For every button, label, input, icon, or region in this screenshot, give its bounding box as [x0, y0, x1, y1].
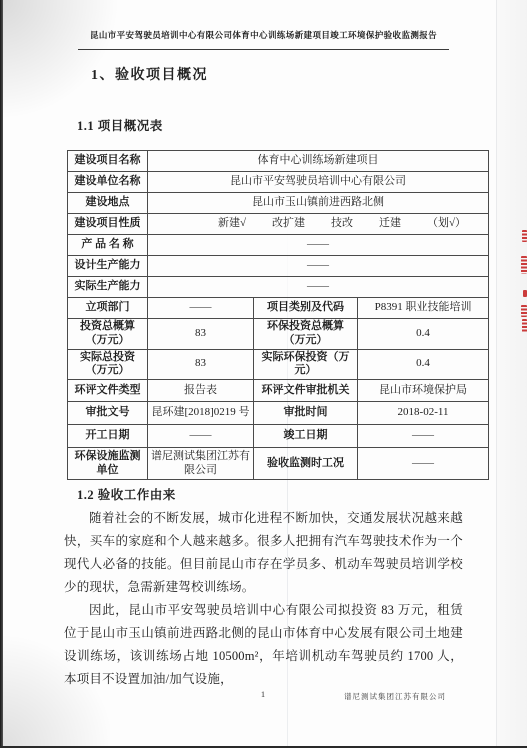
- section-1-title: 1、验收项目概况: [91, 64, 208, 84]
- red-stamp-fragment: [522, 319, 527, 333]
- paper-edge-line: [496, 0, 497, 748]
- red-stamp-fragment: [522, 230, 527, 242]
- row-label: 投资总概算（万元）: [68, 319, 148, 350]
- row-label: 项目类别及代码: [254, 298, 358, 319]
- row-value: 昆山市平安驾驶员培训中心有限公司: [148, 172, 489, 193]
- nature-option: 迁建: [379, 217, 401, 231]
- row-value: ——: [148, 256, 489, 277]
- row-label: 实际总投资（万元）: [68, 349, 148, 380]
- row-label: 验收监测时工况: [254, 448, 358, 480]
- nature-option: 改扩建: [272, 217, 305, 231]
- row-value: 体育中心训练场新建项目: [148, 151, 489, 172]
- row-value: ——: [148, 235, 489, 256]
- table-row: 产 品 名 称——: [68, 235, 489, 256]
- table-row: 实际生产能力——: [68, 277, 489, 298]
- row-label: 环保设施监测单位: [68, 448, 148, 480]
- footer-company: 谱尼测试集团江苏有限公司: [344, 691, 446, 702]
- table-row: 设计生产能力——: [68, 256, 489, 277]
- row-value: 0.4: [358, 349, 489, 380]
- row-value: 2018-02-11: [358, 402, 489, 425]
- row-value: 昆环建[2018]0219 号: [148, 402, 254, 425]
- row-label: 环评文件审批机关: [254, 380, 358, 402]
- row-value: 昆山市环境保护局: [358, 380, 489, 402]
- section-1-2-title: 1.2 验收工作由来: [77, 485, 176, 503]
- row-label: 立项部门: [68, 298, 148, 319]
- nature-option: 技改: [331, 217, 353, 231]
- row-label: 实际生产能力: [68, 277, 148, 298]
- paragraph-1: 随着社会的不断发展，城市化进程不断加快，交通发展状况越来越快，买车的家庭和个人越…: [64, 507, 463, 599]
- project-overview-table: 建设项目名称体育中心训练场新建项目建设单位名称昆山市平安驾驶员培训中心有限公司建…: [67, 150, 489, 480]
- row-label: 建设项目性质: [68, 214, 148, 235]
- row-label: 建设地点: [68, 193, 148, 214]
- page-number: 1: [245, 689, 281, 699]
- section-1-1-title: 1.1 项目概况表: [77, 116, 163, 134]
- red-stamp-fragment: [521, 256, 527, 274]
- row-value: 83: [148, 349, 254, 380]
- table-row: 环保设施监测单位谱尼测试集团江苏有限公司验收监测时工况——: [68, 448, 489, 480]
- row-label: 产 品 名 称: [68, 235, 148, 256]
- row-label: 环保投资总概算（万元）: [254, 319, 358, 350]
- row-label: 审批时间: [254, 402, 358, 425]
- scanned-document-page: 昆山市平安驾驶员培训中心有限公司体育中心训练场新建项目竣工环境保护验收监测报告 …: [0, 0, 527, 748]
- table-row: 建设项目名称体育中心训练场新建项目: [68, 151, 489, 172]
- row-label: 设计生产能力: [68, 256, 148, 277]
- row-value: 新建√改扩建技改迁建（划√）: [148, 214, 489, 235]
- row-label: 建设项目名称: [68, 151, 148, 172]
- table-row: 环评文件类型报告表环评文件审批机关昆山市环境保护局: [68, 380, 489, 402]
- row-value: 谱尼测试集团江苏有限公司: [148, 448, 254, 480]
- project-overview-table-body: 建设项目名称体育中心训练场新建项目建设单位名称昆山市平安驾驶员培训中心有限公司建…: [68, 151, 489, 480]
- row-value: 昆山市玉山镇前进西路北侧: [148, 193, 489, 214]
- red-stamp-fragment: [523, 290, 527, 297]
- row-label: 竣工日期: [254, 425, 358, 448]
- header-underline: [78, 49, 449, 50]
- row-label: 实际环保投资（万元）: [254, 349, 358, 380]
- row-value: 0.4: [358, 319, 489, 350]
- row-label: 环评文件类型: [68, 380, 148, 402]
- row-value: ——: [148, 298, 254, 319]
- table-row: 开工日期——竣工日期——: [68, 425, 489, 448]
- row-value: ——: [358, 448, 489, 480]
- report-header-title: 昆山市平安驾驶员培训中心有限公司体育中心训练场新建项目竣工环境保护验收监测报告: [40, 29, 487, 41]
- row-value: 83: [148, 319, 254, 350]
- row-label: 开工日期: [68, 425, 148, 448]
- paper-right-tint: [497, 0, 527, 748]
- scan-corner-shading: [0, 0, 120, 120]
- row-value: ——: [358, 425, 489, 448]
- scan-edge-left: [0, 0, 3, 748]
- table-row: 建设单位名称昆山市平安驾驶员培训中心有限公司: [68, 172, 489, 193]
- table-row: 建设项目性质新建√改扩建技改迁建（划√）: [68, 214, 489, 235]
- red-stamp-fragment: [521, 305, 527, 317]
- table-row: 实际总投资（万元）83实际环保投资（万元）0.4: [68, 349, 489, 380]
- row-value: P8391 职业技能培训: [358, 298, 489, 319]
- paragraph-2: 因此，昆山市平安驾驶员培训中心有限公司拟投资 83 万元，租赁位于昆山市玉山镇前…: [64, 599, 463, 691]
- table-row: 立项部门——项目类别及代码P8391 职业技能培训: [68, 298, 489, 319]
- table-row: 建设地点昆山市玉山镇前进西路北侧: [68, 193, 489, 214]
- row-label: 建设单位名称: [68, 172, 148, 193]
- nature-option: 新建√: [218, 217, 246, 231]
- row-value: ——: [148, 277, 489, 298]
- row-label: 审批文号: [68, 402, 148, 425]
- row-value: ——: [148, 425, 254, 448]
- table-row: 审批文号昆环建[2018]0219 号审批时间2018-02-11: [68, 402, 489, 425]
- nature-option: （划√）: [427, 217, 466, 231]
- table-row: 投资总概算（万元）83环保投资总概算（万元）0.4: [68, 319, 489, 350]
- body-text: 随着社会的不断发展，城市化进程不断加快，交通发展状况越来越快，买车的家庭和个人越…: [64, 507, 463, 691]
- row-value: 报告表: [148, 380, 254, 402]
